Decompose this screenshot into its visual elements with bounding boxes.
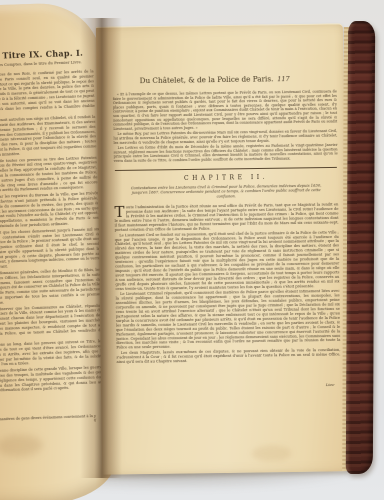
left-page-paragraph: Il faut encore observer que les Commissa… bbox=[0, 303, 103, 342]
book-photo: Livre I. Titre IX. Chap. I. de la Chambr… bbox=[0, 0, 384, 500]
right-page-header: Du Châtelet, & de la Police de Paris. 11… bbox=[113, 74, 337, 88]
chapter-subtitle: Contestations entre les Lieutenans Civil… bbox=[128, 183, 325, 200]
right-page-paragraph: Toute l'administration de la Justice éto… bbox=[114, 202, 338, 232]
left-subheader: de la Chambre des Comptes, dans le titre… bbox=[0, 59, 93, 68]
leather-texture bbox=[346, 21, 375, 474]
right-page-paragraph: Les Lettres en forme d'Édit du mois de D… bbox=[114, 143, 338, 163]
running-title: Du Châtelet, & de la Police de Paris. bbox=[140, 75, 274, 85]
right-page-text-block: Du Châtelet, & de la Police de Paris. 11… bbox=[113, 74, 343, 474]
left-page-paragraph: Le Prévôt de Paris tenoit autrefois son … bbox=[0, 114, 97, 158]
right-page: Du Châtelet, & de la Police de Paris. 11… bbox=[96, 23, 349, 474]
left-page-paragraph: Nous rapporterons au long, dans les preu… bbox=[0, 339, 104, 368]
leather-cover-edge bbox=[346, 21, 375, 474]
left-page-text-block: Livre I. Titre IX. Chap. I. de la Chambr… bbox=[0, 48, 107, 463]
left-page-paragraph: Cependant les Ordonnances générales, cel… bbox=[0, 267, 102, 306]
page-number: 117 bbox=[277, 76, 290, 84]
left-page-paragraph: Mais la plus forte de toutes ces preuves… bbox=[0, 155, 98, 194]
left-page-footer: de toutes manières de gens divers événem… bbox=[0, 414, 106, 427]
chapter-one-ending: « Et à l'exemple de ce que dessus, les m… bbox=[113, 89, 338, 166]
left-page-paragraph: Telle étoit l'ancienne discipline de cet… bbox=[0, 365, 105, 394]
left-page-paragraph: C'est dans cet état que les choses demeu… bbox=[0, 227, 100, 271]
right-page-paragraph: Le Lieutenant Criminel répondoit, qu'il … bbox=[116, 289, 341, 350]
section-rule bbox=[115, 167, 337, 171]
chapter-heading: CHAPITRE II. bbox=[114, 172, 338, 182]
left-page-body: sé par les Ordonnances de nos Rois, & co… bbox=[0, 69, 105, 414]
left-page-paragraph: Il paroît de plus, par les registres du … bbox=[0, 191, 99, 230]
left-page-paragraph: sé par les Ordonnances de nos Rois, & co… bbox=[0, 69, 95, 118]
right-page-paragraph: Les deux Magistrats, lassés eux-mêmes de… bbox=[116, 348, 340, 364]
left-footer-line: de toutes manières de gens divers événem… bbox=[0, 414, 94, 426]
right-page-paragraph: « Et à l'exemple de ce que dessus, les m… bbox=[113, 89, 338, 131]
chapter-two-body: Toute l'administration de la Justice éto… bbox=[114, 202, 340, 384]
right-page-paragraph: Le Lieutenant Civil se fondoit sur sa po… bbox=[115, 230, 340, 291]
